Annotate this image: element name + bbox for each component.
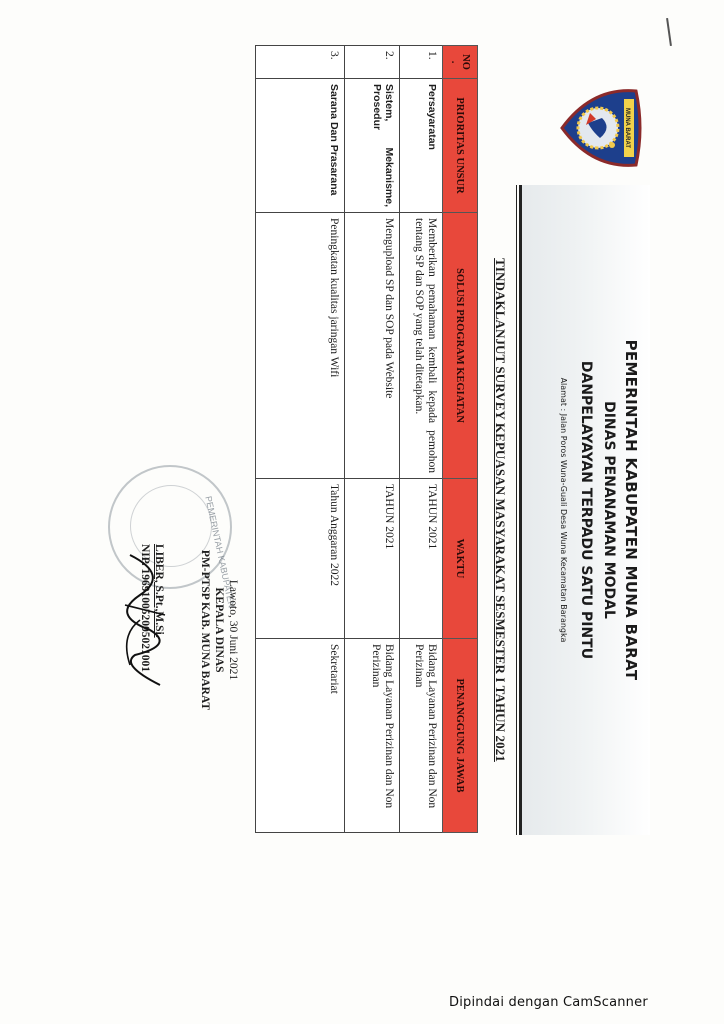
muna-barat-emblem-icon: MUNA BARAT: [560, 85, 642, 171]
table-header-row: NO. PRIORITAS UNSUR SOLUSI PROGRAM KEGIA…: [443, 46, 478, 833]
prioritas-part-1: Sistem,: [383, 84, 395, 121]
svg-text:MUNA BARAT: MUNA BARAT: [624, 108, 630, 148]
letterhead-address: Alamat : Jalan Poros Wuna-Guali Desa Wun…: [559, 185, 568, 835]
cell-solusi: Peningkatan kualitas jaringan Wifi: [256, 213, 345, 479]
document-title: TINDAKLANJUT SURVEY KEPUASAN MASYARAKAT …: [492, 185, 508, 835]
letterhead-rule: [519, 185, 522, 835]
letterhead-rule-thin: [516, 185, 517, 835]
prioritas-part-3: Prosedur: [371, 84, 383, 207]
letterhead-service: DANPELAYAYAN TERPADU SATU PINTU: [578, 185, 594, 835]
cell-no: 1.: [400, 46, 443, 79]
letterhead-agency: DINAS PENANAMAN MODAL: [601, 185, 617, 835]
survey-followup-table: NO. PRIORITAS UNSUR SOLUSI PROGRAM KEGIA…: [255, 45, 478, 833]
cell-penanggung-jawab: Sekretariat: [256, 639, 345, 833]
cell-solusi: Mengupload SP dan SOP pada Website: [345, 213, 400, 479]
rotated-document-page: MUNA BARAT PEMERINTAH KABUPATEN MUNA BAR…: [80, 35, 680, 835]
table-row: 1. Persayaratan Memberikan pemahaman kem…: [400, 46, 443, 833]
signer-position: KEPALA DINAS: [212, 530, 226, 730]
letterhead-government: PEMERINTAH KABUPATEN MUNA BARAT: [622, 185, 640, 835]
place-date: Lawoto, 30 Juni 2021: [226, 530, 240, 730]
cell-waktu: TAHUN 2021: [400, 479, 443, 639]
table-row: 3. Sarana Dan Prasarana Peningkatan kual…: [256, 46, 345, 833]
table-row: 2. Sistem, Mekanisme, Prosedur Menguploa…: [345, 46, 400, 833]
cell-waktu: TAHUN 2021: [345, 479, 400, 639]
cell-prioritas: Persayaratan: [400, 79, 443, 213]
cell-prioritas: Sistem, Mekanisme, Prosedur: [345, 79, 400, 213]
handwritten-signature-icon: [110, 535, 180, 705]
cell-prioritas: Sarana Dan Prasarana: [256, 79, 345, 213]
cell-no: 3.: [256, 46, 345, 79]
cell-penanggung-jawab: Bidang Layanan Perizinan dan Non Perizin…: [400, 639, 443, 833]
prioritas-part-2: Mekanisme,: [383, 147, 395, 207]
cell-no: 2.: [345, 46, 400, 79]
header-prioritas-unsur: PRIORITAS UNSUR: [443, 79, 478, 213]
cell-penanggung-jawab: Bidang Layanan Perizinan dan Non Perizin…: [345, 639, 400, 833]
camscanner-watermark: Dipindai dengan CamScanner: [449, 995, 648, 1010]
header-solusi-program: SOLUSI PROGRAM KEGIATAN: [443, 213, 478, 479]
header-penanggung-jawab: PENANGGUNG JAWAB: [443, 639, 478, 833]
cell-waktu: Tahun Anggaran 2022: [256, 479, 345, 639]
header-waktu: WAKTU: [443, 479, 478, 639]
header-no: NO.: [443, 46, 478, 79]
signer-office: PM-PTSP KAB. MUNA BARAT: [198, 530, 212, 730]
cell-solusi: Memberikan pemahaman kembali kepada pemo…: [400, 213, 443, 479]
